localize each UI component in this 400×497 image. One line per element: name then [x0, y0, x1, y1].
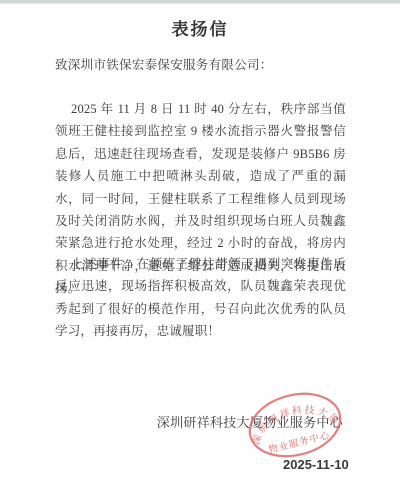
seal-bottom-text: 物业服务中心: [267, 429, 331, 456]
letter-signature: 深圳研祥科技大厦物业服务中心: [157, 412, 343, 431]
letter-paragraph-2: 上述事件，在领班王健柱带领下遇到突发事件后反应迅速，现场指挥积极高效，队员魏鑫荣…: [55, 253, 346, 343]
commendation-letter-page: 表扬信 致深圳市铁保宏泰保安服务有限公司： 2025 年 11 月 8 日 11…: [0, 0, 400, 497]
letter-title: 表扬信: [0, 15, 400, 40]
letter-date: 2025-11-10: [283, 457, 349, 472]
scan-top-edge: [0, 0, 400, 4]
letter-salutation: 致深圳市铁保宏泰保安服务有限公司：: [55, 55, 355, 73]
